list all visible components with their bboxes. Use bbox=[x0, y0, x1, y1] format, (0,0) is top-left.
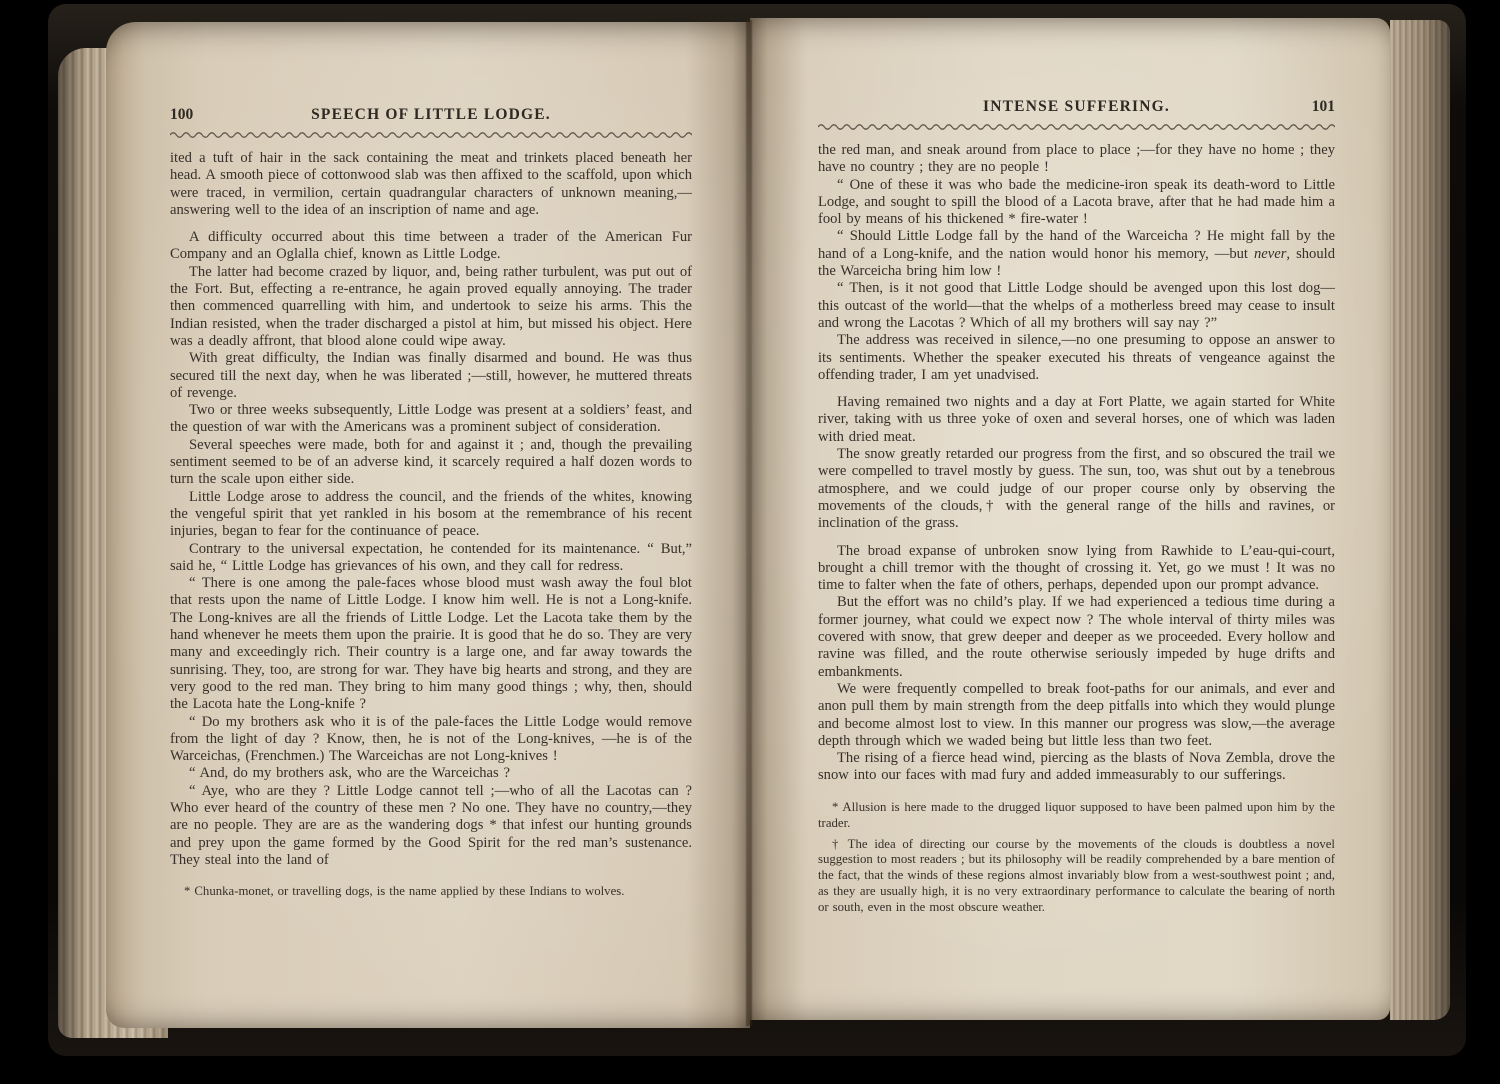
paragraph: A difficulty occurred about this time be… bbox=[170, 229, 692, 264]
page-left: 100 SPEECH OF LITTLE LODGE. ited a tuft … bbox=[106, 22, 750, 1028]
paragraph: The broad expanse of unbroken snow lying… bbox=[818, 543, 1335, 595]
paragraph: “ One of these it was who bade the medic… bbox=[818, 177, 1335, 229]
photo-background: 100 SPEECH OF LITTLE LODGE. ited a tuft … bbox=[0, 0, 1500, 1084]
paragraph: “ Should Little Lodge fall by the hand o… bbox=[818, 228, 1335, 280]
wavy-rule-right bbox=[818, 123, 1335, 131]
paragraph: The snow greatly retarded our progress f… bbox=[818, 446, 1335, 532]
paragraph: Little Lodge arose to address the counci… bbox=[170, 489, 692, 541]
paragraph: Having remained two nights and a day at … bbox=[818, 394, 1335, 446]
page-right-content: INTENSE SUFFERING. 101 the red man, and … bbox=[818, 98, 1335, 916]
paragraph: But the effort was no child’s play. If w… bbox=[818, 594, 1335, 680]
paragraph: ited a tuft of hair in the sack containi… bbox=[170, 150, 692, 219]
body-text-right: the red man, and sneak around from place… bbox=[818, 142, 1335, 785]
page-left-content: 100 SPEECH OF LITTLE LODGE. ited a tuft … bbox=[170, 106, 692, 900]
paragraph: Several speeches were made, both for and… bbox=[170, 437, 692, 489]
running-title-right: INTENSE SUFFERING. bbox=[888, 98, 1265, 116]
running-head-left: 100 SPEECH OF LITTLE LODGE. bbox=[170, 106, 692, 124]
page-right: INTENSE SUFFERING. 101 the red man, and … bbox=[750, 18, 1390, 1020]
paragraph: “ Then, is it not good that Little Lodge… bbox=[818, 280, 1335, 332]
footnotes-left: * Chunka-monet, or travelling dogs, is t… bbox=[170, 884, 692, 900]
paragraph: “ Aye, who are they ? Little Lodge canno… bbox=[170, 783, 692, 869]
paragraph: Contrary to the universal expectation, h… bbox=[170, 541, 692, 576]
paragraph: “ And, do my brothers ask, who are the W… bbox=[170, 765, 692, 782]
paragraph: We were frequently compelled to break fo… bbox=[818, 681, 1335, 750]
page-number-left: 100 bbox=[170, 106, 240, 124]
paragraph: the red man, and sneak around from place… bbox=[818, 142, 1335, 177]
paragraph: The address was received in silence,—no … bbox=[818, 332, 1335, 384]
paragraph: The rising of a fierce head wind, pierci… bbox=[818, 750, 1335, 785]
paragraph: “ Do my brothers ask who it is of the pa… bbox=[170, 714, 692, 766]
body-text-left: ited a tuft of hair in the sack containi… bbox=[170, 150, 692, 869]
page-number-right: 101 bbox=[1265, 98, 1335, 116]
footnotes-right: * Allusion is here made to the drugged l… bbox=[818, 800, 1335, 916]
book: 100 SPEECH OF LITTLE LODGE. ited a tuft … bbox=[48, 4, 1466, 1056]
running-head-right: INTENSE SUFFERING. 101 bbox=[818, 98, 1335, 116]
right-page-edges bbox=[1390, 20, 1450, 1020]
paragraph: With great difficulty, the Indian was fi… bbox=[170, 350, 692, 402]
paragraph: “ There is one among the pale-faces whos… bbox=[170, 575, 692, 713]
gutter-crease bbox=[746, 20, 752, 1026]
footnote: † The idea of directing our course by th… bbox=[818, 837, 1335, 917]
wavy-rule-left bbox=[170, 131, 692, 139]
paragraph: Two or three weeks subsequently, Little … bbox=[170, 402, 692, 437]
footnote: * Chunka-monet, or travelling dogs, is t… bbox=[170, 884, 692, 900]
footnote: * Allusion is here made to the drugged l… bbox=[818, 800, 1335, 832]
running-title-left: SPEECH OF LITTLE LODGE. bbox=[240, 106, 622, 124]
paragraph: The latter had become crazed by liquor, … bbox=[170, 264, 692, 350]
